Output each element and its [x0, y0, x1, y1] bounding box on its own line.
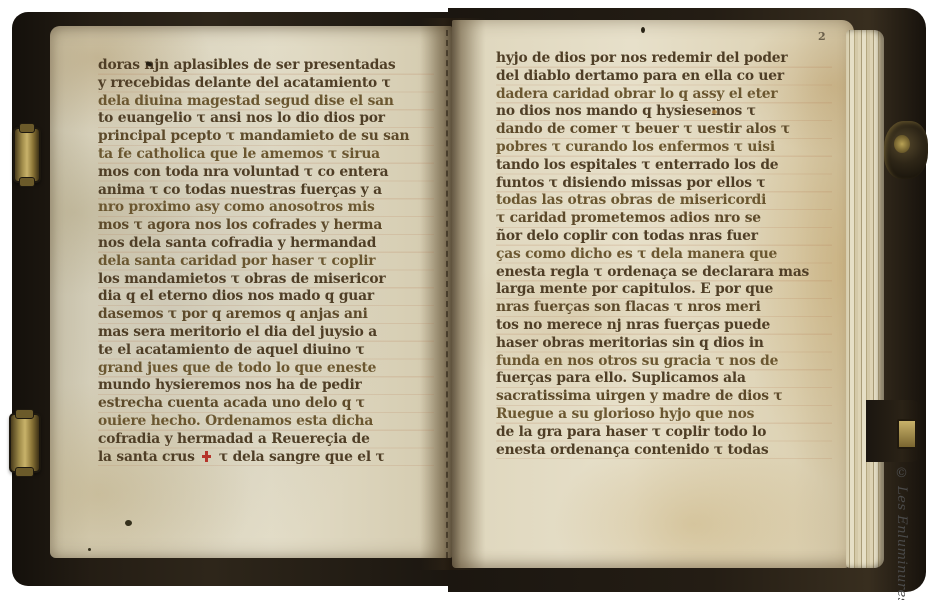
text-line: dela santa caridad por haser τ coplir [98, 253, 434, 271]
clasp-right-bottom-icon [866, 400, 926, 462]
text-line: grand jues que de todo lo que eneste [98, 360, 434, 378]
text-line: mas sera meritorio el dia del juysio a [98, 324, 434, 342]
text-line: no dios nos mando q hysiesemos τ [496, 103, 832, 121]
clasp-left-bottom-icon [9, 413, 41, 473]
stain-spot [712, 110, 717, 114]
text-line: dia q el eterno dios nos mado q guar [98, 288, 434, 306]
text-line: larga mente por capitulos. E por que [496, 281, 832, 299]
clasp-right-top-icon [884, 121, 928, 179]
text-line: pobres τ curando los enfermos τ uisi [496, 139, 832, 157]
text-line: ñor delo coplir con todas nras fuer [496, 228, 832, 246]
text-line: haser obras meritorias sin q dios in [496, 335, 832, 353]
text-line: del diablo dertamo para en ella co uer [496, 68, 832, 86]
right-page-text: hyjo de dios por nos redemir del poderde… [496, 50, 832, 459]
text-line: te el acatamiento de aquel diuino τ [98, 342, 434, 360]
text-line: todas las otras obras de misericordi [496, 192, 832, 210]
text-line: ças como dicho es τ dela manera que [496, 246, 832, 264]
text-line: fuerças para ello. Suplicamos ala [496, 370, 832, 388]
page-edge-stack [846, 30, 884, 568]
text-line: la santa crus τ dela sangre que el τ [98, 449, 434, 467]
text-line: nras fuerças son flacas τ nros meri [496, 299, 832, 317]
text-line: principal pcepto τ mandamieto de su san [98, 128, 434, 146]
text-line: nos dela santa cofradia y hermandad [98, 235, 434, 253]
text-line: τ caridad prometemos adios nro se [496, 210, 832, 228]
binding-stitches [446, 30, 448, 558]
wormhole [125, 520, 132, 526]
ink-fleck [641, 27, 645, 33]
text-line: nro proximo asy como anosotros mis [98, 199, 434, 217]
text-line: de la gra para haser τ coplir todo lo [496, 424, 832, 442]
text-line: to euangelio τ ansi nos lo dio dios por [98, 110, 434, 128]
folio-number: 2 [818, 30, 826, 43]
text-line: los mandamietos τ obras de misericor [98, 271, 434, 289]
red-cross-icon [202, 451, 211, 462]
manuscript-photograph: doras njn aplasibles de ser presentadasy… [0, 0, 929, 600]
copyright-watermark: © Les Enluminures [894, 466, 909, 596]
text-line: enesta regla τ ordenaça se declarara mas [496, 264, 832, 282]
text-line: mos τ agora nos los cofrades y herma [98, 217, 434, 235]
wormhole [88, 548, 91, 551]
text-line: estrecha cuenta acada uno delo q τ [98, 395, 434, 413]
text-line: dando de comer τ beuer τ uestir alos τ [496, 121, 832, 139]
text-line: funtos τ disiendo missas por ellos τ [496, 175, 832, 193]
text-line: mundo hysieremos nos ha de pedir [98, 377, 434, 395]
text-line: sacratissima uirgen y madre de dios τ [496, 388, 832, 406]
text-line: ouiere hecho. Ordenamos esta dicha [98, 413, 434, 431]
text-line: dadera caridad obrar lo q assy el eter [496, 86, 832, 104]
text-line: dasemos τ por q aremos q anjas ani [98, 306, 434, 324]
text-line: y rrecebidas delante del acatamiento τ [98, 75, 434, 93]
text-line: anima τ co todas nuestras fuerças y a [98, 182, 434, 200]
text-line: hyjo de dios por nos redemir del poder [496, 50, 832, 68]
text-line: cofradia y hermadad a Reuereçia de [98, 431, 434, 449]
text-line: ta fe catholica que le amemos τ sirua [98, 146, 434, 164]
text-line: mos con toda nra voluntad τ co entera [98, 164, 434, 182]
text-line: enesta ordenança contenido τ todas [496, 442, 832, 460]
clasp-left-top-icon [13, 127, 41, 183]
text-line: dela diuina magestad segud dise el san [98, 93, 434, 111]
text-line: tando los espitales τ enterrado los de [496, 157, 832, 175]
left-page-text: doras njn aplasibles de ser presentadasy… [98, 57, 434, 466]
text-line: Ruegue a su glorioso hyjo que nos [496, 406, 832, 424]
text-line: tos no merece nj nras fuerças puede [496, 317, 832, 335]
text-line: funda en nos otros su gracia τ nos de [496, 353, 832, 371]
